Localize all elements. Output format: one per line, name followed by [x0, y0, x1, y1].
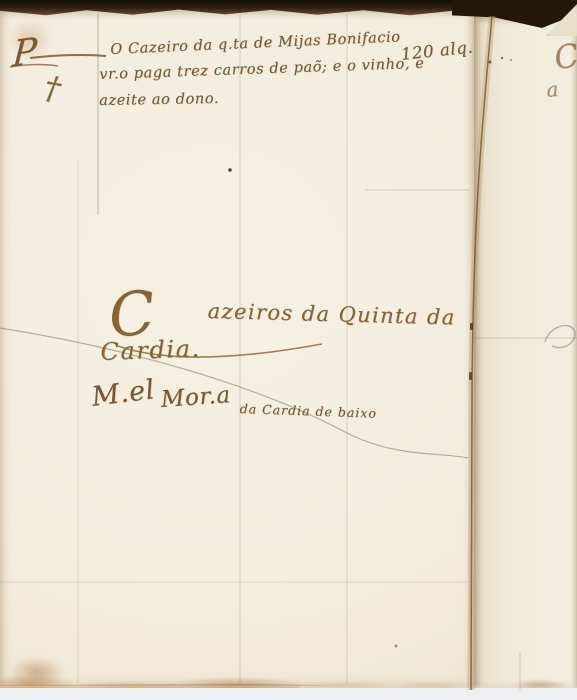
scanner-background-right: [300, 684, 577, 700]
signature-name: Mor.a: [160, 382, 232, 413]
manuscript-page: [0, 10, 474, 692]
entry-line-3: azeite ao dono.: [99, 91, 219, 109]
margin-paragraph-mark: P: [11, 31, 39, 76]
manuscript-scan: P † O Cazeiro da q.ta de Mijas Bonifacio…: [0, 0, 577, 700]
adjacent-page-edge: [474, 16, 577, 692]
heading-line-2: Cardia.: [100, 334, 201, 365]
adjacent-page-text-fragment-below: a: [545, 77, 560, 102]
